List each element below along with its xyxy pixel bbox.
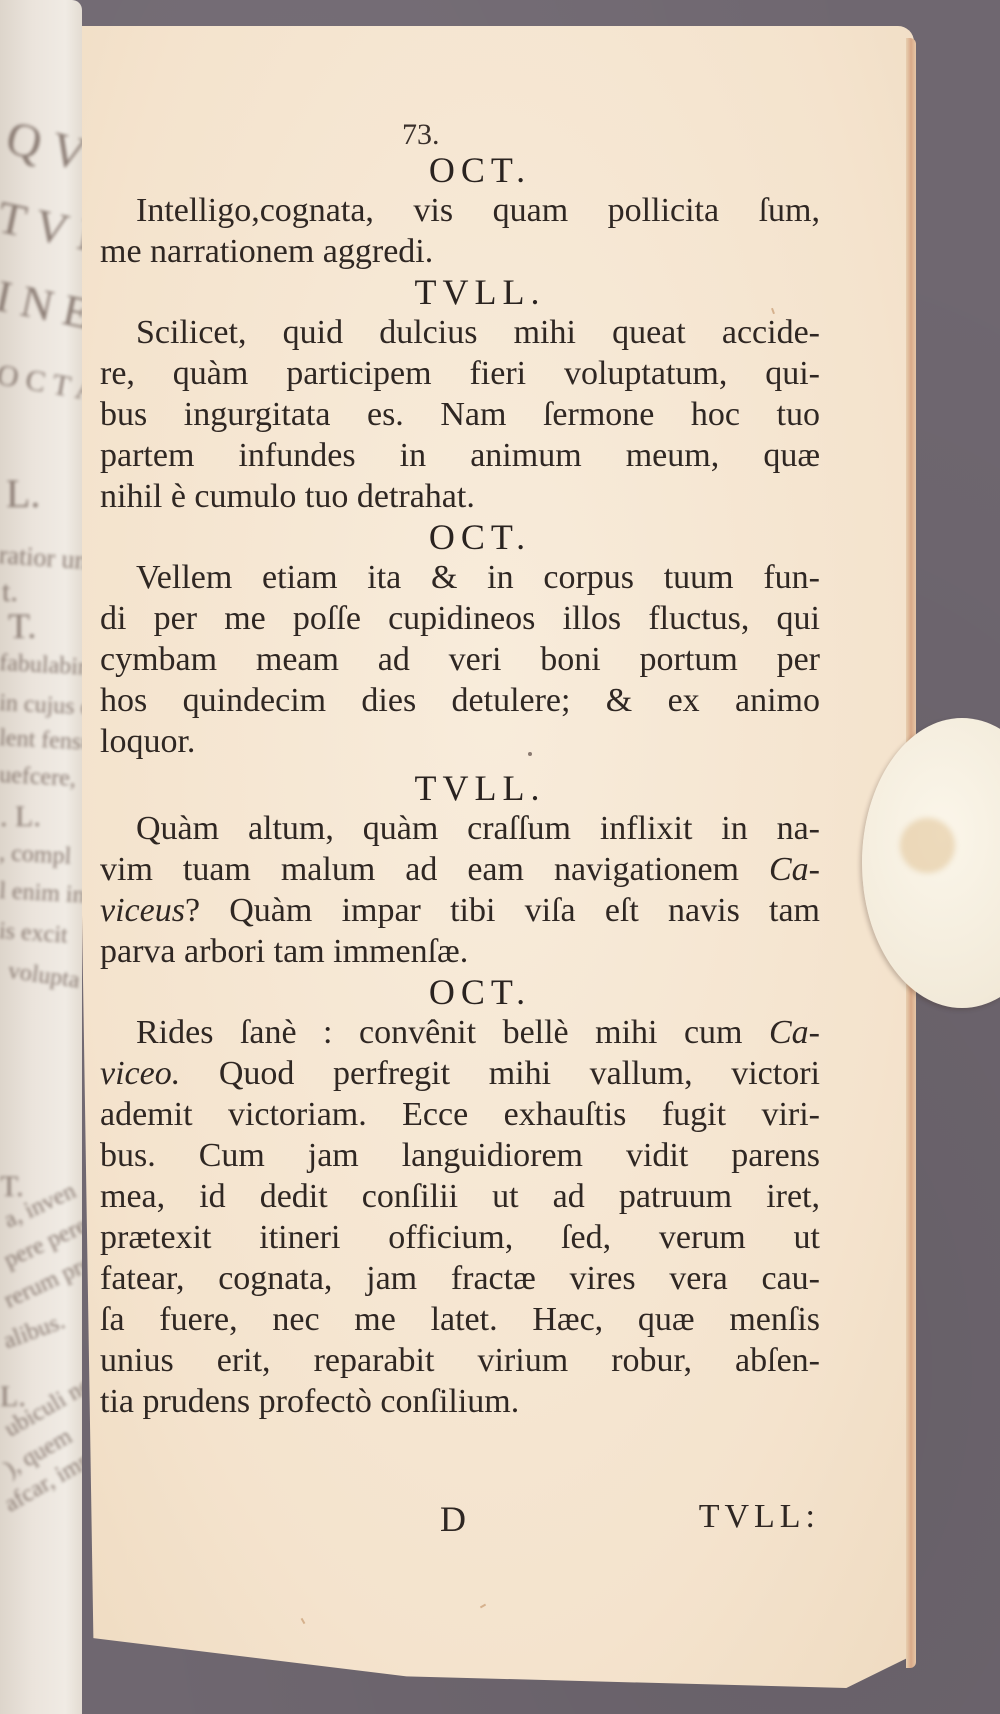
speaker-heading: OCT. [100, 972, 820, 1012]
facing-page-text: is excit [0, 918, 68, 950]
page-number: 73. [402, 118, 440, 152]
text-line: Vellem etiam ita & in corpus tuum fun- [100, 557, 820, 598]
text-line: viceo. Quod perfregit mihi vallum, victo… [100, 1053, 820, 1094]
facing-page-text: alibus. [0, 1308, 69, 1355]
text-line: Scilicet, quid dulcius mihi queat accide… [100, 312, 820, 353]
facing-page-text: in cujus qu [0, 690, 82, 722]
dialogue-block: OCT. Vellem etiam ita & in corpus tuum f… [100, 517, 820, 762]
text-line: Intelligo,cognata, vis quam pollicita ſu… [100, 190, 820, 231]
text-line: bus. Cum jam languidiorem vidit parens [100, 1135, 820, 1176]
text-line: Quàm altum, quàm craſſum inflixit in na- [100, 808, 820, 849]
facing-page-text: O C T A V [0, 358, 82, 414]
facing-page-text: T. [8, 605, 36, 647]
speaker-heading: OCT. [100, 150, 820, 190]
facing-page-text: Q V I [1, 110, 82, 189]
text-line: partem infundes in animum meum, quæ [100, 435, 820, 476]
text-line: bus ingurgitata es. Nam ſermone hoc tuo [100, 394, 820, 435]
facing-page-text: I N E [0, 270, 82, 340]
facing-page-text: lent fensus [0, 725, 82, 757]
facing-page-text: T. [0, 1170, 24, 1204]
facing-page-text: uefcere, [0, 762, 76, 793]
facing-page-text: volupta [6, 958, 81, 995]
facing-page-text: fabulabim [0, 650, 82, 682]
text-line: me narrationem aggredi. [100, 231, 820, 272]
text-line: ademit victoriam. Ecce exhauſtis fugit v… [100, 1094, 820, 1135]
text-line: nihil è cumulo tuo detrahat. [100, 476, 820, 517]
speaker-heading: OCT. [100, 517, 820, 557]
facing-page-text: ratior unq [0, 540, 82, 577]
text-line: prætexit itineri officium, ſed, verum ut [100, 1217, 820, 1258]
signature-mark: D [440, 1498, 466, 1540]
facing-page-text: , compl [0, 840, 72, 871]
text-line: mea, id dedit conſilii ut ad patruum ire… [100, 1176, 820, 1217]
text-line: cymbam meam ad veri boni portum per [100, 639, 820, 680]
text-line: di per me poſſe cupidineos illos fluctus… [100, 598, 820, 639]
text-line: unius erit, reparabit virium robur, abſe… [100, 1340, 820, 1381]
text-line: ſa fuere, nec me latet. Hæc, quæ menſis [100, 1299, 820, 1340]
text-line: viceus? Quàm impar tibi viſa eſt navis t… [100, 890, 820, 931]
text-line: Rides ſanè : convênit bellè mihi cum Ca- [100, 1012, 820, 1053]
speaker-heading: TVLL. [100, 768, 820, 808]
facing-page-text: t. [2, 575, 18, 609]
dialogue-block: TVLL. Scilicet, quid dulcius mihi queat … [100, 272, 820, 517]
facing-page-text: L. [6, 470, 40, 517]
text-line: re, quàm participem fieri voluptatum, qu… [100, 353, 820, 394]
speaker-heading: TVLL. [100, 272, 820, 312]
dialogue-block: OCT. Rides ſanè : convênit bellè mihi cu… [100, 972, 820, 1422]
bookmark-stain [900, 818, 955, 873]
text-line: fatear, cognata, jam fractæ vires vera c… [100, 1258, 820, 1299]
dialogue-block: OCT. Intelligo,cognata, vis quam pollici… [100, 150, 820, 272]
text-line: tia prudens profectò conſilium. [100, 1381, 820, 1422]
text-line: loquor. [100, 721, 820, 762]
facing-page-text: T V M [0, 190, 82, 267]
text-line: vim tuam malum ad eam navigationem Ca- [100, 849, 820, 890]
text-line: hos quindecim dies detulere; & ex animo [100, 680, 820, 721]
dialogue-block: TVLL. Quàm altum, quàm craſſum inflixit … [100, 768, 820, 972]
page-footer: D TVLL: [100, 1498, 820, 1548]
catchword: TVLL: [699, 1498, 820, 1536]
facing-page: Q V IT V MI N EO C T A VL.ratior unqt.T.… [0, 0, 82, 1714]
facing-page-text: l enim in [0, 878, 82, 909]
facing-page-text: . L. [0, 800, 41, 834]
text-line: parva arbori tam immenſæ. [100, 931, 820, 972]
page-text: OCT. Intelligo,cognata, vis quam pollici… [100, 150, 820, 1422]
